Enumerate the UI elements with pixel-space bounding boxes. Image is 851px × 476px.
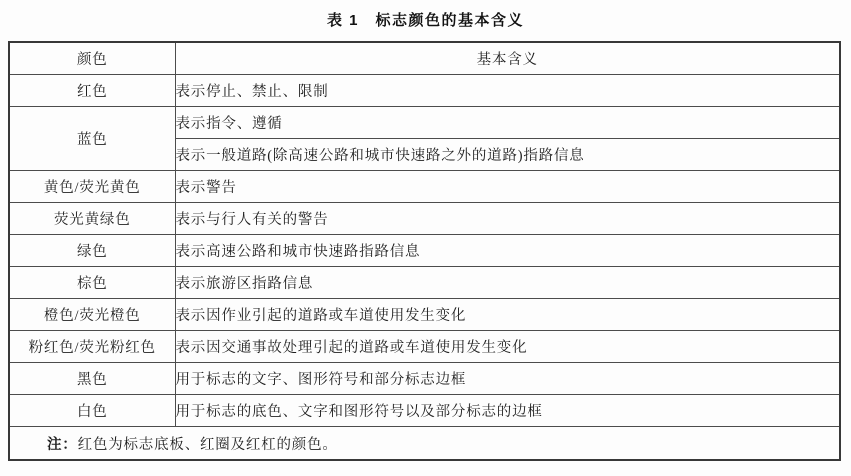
color-cell: 红色: [9, 75, 175, 107]
table-row: 红色 表示停止、禁止、限制: [9, 75, 840, 107]
color-cell: 棕色: [9, 267, 175, 299]
meaning-cell: 表示指令、遵循: [175, 107, 840, 139]
color-cell: 橙色/荧光橙色: [9, 299, 175, 331]
table-header-row: 颜色 基本含义: [9, 42, 840, 75]
color-cell: 白色: [9, 395, 175, 427]
color-cell: 荧光黄绿色: [9, 203, 175, 235]
meaning-cell: 表示高速公路和城市快速路指路信息: [175, 235, 840, 267]
table-row: 黄色/荧光黄色 表示警告: [9, 171, 840, 203]
table-row: 黑色 用于标志的文字、图形符号和部分标志边框: [9, 363, 840, 395]
meaning-cell: 表示因作业引起的道路或车道使用发生变化: [175, 299, 840, 331]
table-row: 橙色/荧光橙色 表示因作业引起的道路或车道使用发生变化: [9, 299, 840, 331]
sign-color-meaning-table: 颜色 基本含义 红色 表示停止、禁止、限制 蓝色 表示指令、遵循 表示一般道路(…: [8, 41, 841, 461]
meaning-cell: 表示警告: [175, 171, 840, 203]
note-cell: 注：红色为标志底板、红圈及红杠的颜色。: [9, 427, 840, 461]
table-row: 荧光黄绿色 表示与行人有关的警告: [9, 203, 840, 235]
document-page: 表 1 标志颜色的基本含义 颜色 基本含义 红色 表示停止、禁止、限制 蓝色 表…: [0, 0, 851, 476]
meaning-cell: 表示旅游区指路信息: [175, 267, 840, 299]
table-title: 表 1 标志颜色的基本含义: [0, 0, 851, 30]
meaning-cell: 用于标志的底色、文字和图形符号以及部分标志的边框: [175, 395, 840, 427]
color-cell: 粉红色/荧光粉红色: [9, 331, 175, 363]
meaning-cell: 表示停止、禁止、限制: [175, 75, 840, 107]
column-header-color: 颜色: [9, 42, 175, 75]
note-label: 注：: [47, 437, 78, 453]
color-cell: 绿色: [9, 235, 175, 267]
table-row: 棕色 表示旅游区指路信息: [9, 267, 840, 299]
meaning-cell: 用于标志的文字、图形符号和部分标志边框: [175, 363, 840, 395]
meaning-cell: 表示因交通事故处理引起的道路或车道使用发生变化: [175, 331, 840, 363]
note-text: 红色为标志底板、红圈及红杠的颜色。: [78, 437, 338, 453]
color-cell: 蓝色: [9, 107, 175, 171]
column-header-meaning: 基本含义: [175, 42, 840, 75]
color-cell: 黄色/荧光黄色: [9, 171, 175, 203]
table-note-row: 注：红色为标志底板、红圈及红杠的颜色。: [9, 427, 840, 461]
table-row: 粉红色/荧光粉红色 表示因交通事故处理引起的道路或车道使用发生变化: [9, 331, 840, 363]
table-row: 蓝色 表示指令、遵循: [9, 107, 840, 139]
meaning-cell: 表示一般道路(除高速公路和城市快速路之外的道路)指路信息: [175, 139, 840, 171]
color-cell: 黑色: [9, 363, 175, 395]
meaning-cell: 表示与行人有关的警告: [175, 203, 840, 235]
table-row: 白色 用于标志的底色、文字和图形符号以及部分标志的边框: [9, 395, 840, 427]
table-row: 绿色 表示高速公路和城市快速路指路信息: [9, 235, 840, 267]
